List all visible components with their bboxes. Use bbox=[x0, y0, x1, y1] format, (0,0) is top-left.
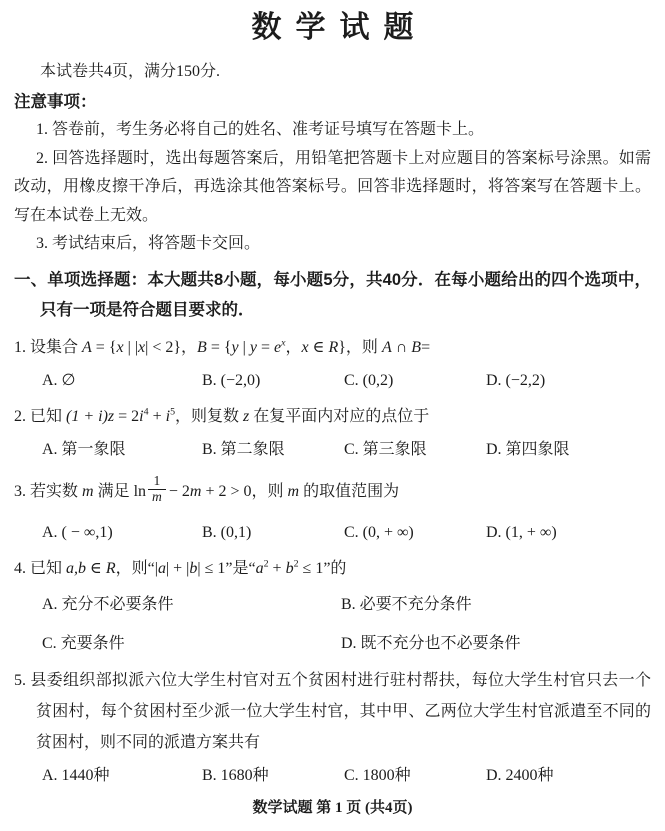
question-5-options: A. 1440种 B. 1680种 C. 1800种 D. 2400种 bbox=[14, 763, 651, 789]
question-1-option-b: B. (−2,0) bbox=[202, 368, 344, 394]
question-5-option-b: B. 1680种 bbox=[202, 763, 344, 789]
question-2-option-b: B. 第二象限 bbox=[202, 437, 344, 463]
question-1-option-c: C. (0,2) bbox=[344, 368, 486, 394]
question-3-option-a: A. ( − ∞,1) bbox=[42, 520, 202, 546]
exam-page: 数学试题 本试卷共4页，满分150分. 注意事项： 1. 答卷前，考生务必将自己… bbox=[0, 0, 665, 831]
question-2-option-d: D. 第四象限 bbox=[486, 437, 651, 463]
question-4-option-c: C. 充要条件 bbox=[42, 631, 341, 657]
question-3-option-c: C. (0, + ∞) bbox=[344, 520, 486, 546]
question-2-options: A. 第一象限 B. 第二象限 C. 第三象限 D. 第四象限 bbox=[14, 437, 651, 463]
question-1-options: A. ∅ B. (−2,0) C. (0,2) D. (−2,2) bbox=[14, 368, 651, 394]
notice-item-3: 3. 考试结束后，将答题卡交回。 bbox=[14, 230, 651, 259]
question-1-option-d: D. (−2,2) bbox=[486, 368, 651, 394]
question-5: 5. 县委组织部拟派六位大学生村官对五个贫困村进行驻村帮扶，每位大学生村官只去一… bbox=[14, 657, 651, 789]
question-1: 1. 设集合 A = {x | |x| < 2}，B = {y | y = ex… bbox=[14, 325, 651, 394]
question-3: 3. 若实数 m 满足 ln1m− 2m + 2 > 0，则 m 的取值范围为 … bbox=[14, 463, 651, 546]
question-2-option-a: A. 第一象限 bbox=[42, 437, 202, 463]
question-3-stem: 3. 若实数 m 满足 ln1m− 2m + 2 > 0，则 m 的取值范围为 bbox=[14, 469, 651, 515]
question-2-stem: 2. 已知 (1 + i)z = 2i4 + i5，则复数 z 在复平面内对应的… bbox=[14, 402, 651, 432]
question-4-option-a: A. 充分不必要条件 bbox=[42, 592, 341, 618]
question-1-stem: 1. 设集合 A = {x | |x| < 2}，B = {y | y = ex… bbox=[14, 333, 651, 363]
question-5-option-a: A. 1440种 bbox=[42, 763, 202, 789]
question-5-option-d: D. 2400种 bbox=[486, 763, 651, 789]
question-4-stem: 4. 已知 a,b ∈ R，则“|a| + |b| ≤ 1”是“a2 + b2 … bbox=[14, 554, 651, 584]
question-3-options: A. ( − ∞,1) B. (0,1) C. (0, + ∞) D. (1, … bbox=[14, 520, 651, 546]
question-5-option-c: C. 1800种 bbox=[344, 763, 486, 789]
notice-item-2: 2. 回答选择题时，选出每题答案后，用铅笔把答题卡上对应题目的答案标号涂黑。如需… bbox=[14, 145, 651, 231]
question-4-option-d: D. 既不充分也不必要条件 bbox=[341, 631, 651, 657]
exam-subtitle: 本试卷共4页，满分150分. bbox=[14, 58, 651, 86]
notice-item-1: 1. 答卷前，考生务必将自己的姓名、准考证号填写在答题卡上。 bbox=[14, 116, 651, 145]
question-5-stem: 5. 县委组织部拟派六位大学生村官对五个贫困村进行驻村帮扶，每位大学生村官只去一… bbox=[14, 665, 651, 758]
question-2-option-c: C. 第三象限 bbox=[344, 437, 486, 463]
page-footer: 数学试题 第 1 页 (共4页) bbox=[14, 797, 651, 823]
question-4-option-b: B. 必要不充分条件 bbox=[341, 592, 651, 618]
section-heading: 一、单项选择题：本大题共8小题，每小题5分，共40分．在每小题给出的四个选项中，… bbox=[14, 265, 651, 325]
page-title: 数学试题 bbox=[14, 10, 651, 46]
question-3-option-d: D. (1, + ∞) bbox=[486, 520, 651, 546]
notice-heading: 注意事项： bbox=[14, 88, 651, 116]
question-3-option-b: B. (0,1) bbox=[202, 520, 344, 546]
question-4-options: A. 充分不必要条件 B. 必要不充分条件 C. 充要条件 D. 既不充分也不必… bbox=[14, 592, 651, 657]
question-2: 2. 已知 (1 + i)z = 2i4 + i5，则复数 z 在复平面内对应的… bbox=[14, 394, 651, 463]
question-4: 4. 已知 a,b ∈ R，则“|a| + |b| ≤ 1”是“a2 + b2 … bbox=[14, 546, 651, 657]
question-1-option-a: A. ∅ bbox=[42, 368, 202, 394]
